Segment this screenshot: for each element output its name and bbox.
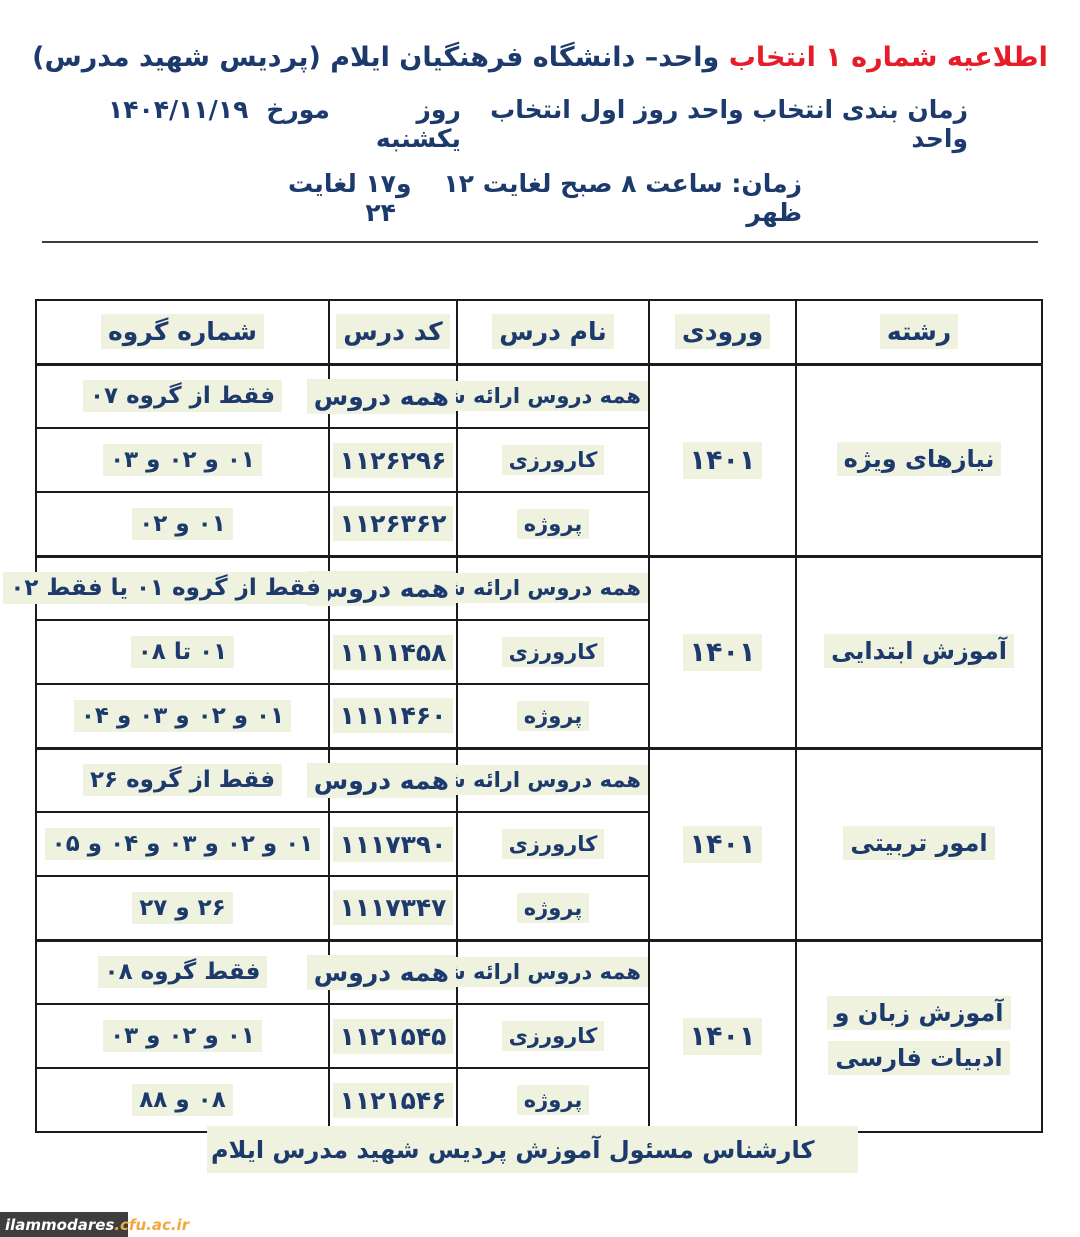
entry-year-cell: ۱۴۰۱ — [649, 556, 796, 748]
course-code-cell: ۱۱۲۱۵۴۵ — [329, 1004, 457, 1068]
group-number-cell: ۰۸ و ۸۸ — [36, 1068, 329, 1132]
course-name-cell: کارورزی — [457, 812, 649, 876]
time-range-evening: ۱۷ لغایت ۲۴ — [260, 169, 396, 227]
signature-band: کارشناس مسئول آموزش پردیس شهید مدرس ایلا… — [207, 1126, 858, 1173]
date-label: مورخ — [266, 95, 330, 124]
table-header: رشتهورودینام درسکد درسشماره گروه — [36, 300, 1042, 364]
course-name-cell: کارورزی — [457, 620, 649, 684]
group-number-cell: ۰۱ و ۰۲ و ۰۳ — [36, 428, 329, 492]
group-number-cell: ۲۶ و ۲۷ — [36, 876, 329, 940]
header-divider — [42, 241, 1038, 243]
column-header-name: نام درس — [457, 300, 649, 364]
course-code-cell: ۱۱۱۷۳۴۷ — [329, 876, 457, 940]
major-cell: آموزش زبان و ادبیات فارسی — [796, 940, 1042, 1132]
title-red-part: اطلاعیه شماره ۱ انتخاب — [729, 42, 1048, 73]
course-code-cell: ۱۱۲۶۲۹۶ — [329, 428, 457, 492]
course-name-cell: کارورزی — [457, 428, 649, 492]
group-number-cell: ۰۱ و ۰۲ و ۰۳ — [36, 1004, 329, 1068]
page-title: اطلاعیه شماره ۱ انتخاب واحد– دانشگاه فره… — [0, 42, 1080, 73]
course-code-cell: همه دروس — [329, 748, 457, 812]
group-number-cell: فقط از گروه ۰۷ — [36, 364, 329, 428]
date-value: ۱۴۰۴/۱۱/۱۹ — [108, 95, 248, 124]
watermark-badge: ilammodares.cfu.ac.ir — [0, 1212, 128, 1237]
table-body: نیازهای ویژه۱۴۰۱همه دروس ارائه شدههمه در… — [36, 364, 1042, 1132]
schedule-day: روز یکشنبه — [348, 95, 461, 153]
entry-year-cell: ۱۴۰۱ — [649, 940, 796, 1132]
column-header-major: رشته — [796, 300, 1042, 364]
course-name-cell: همه دروس ارائه شده — [457, 940, 649, 1004]
watermark-site: ilammodares — [5, 1216, 114, 1234]
group-number-cell: ۰۱ و ۰۲ — [36, 492, 329, 556]
table-row: امور تربیتی۱۴۰۱همه دروس ارائه شدههمه درو… — [36, 748, 1042, 812]
table-row: نیازهای ویژه۱۴۰۱همه دروس ارائه شدههمه در… — [36, 364, 1042, 428]
course-code-cell: ۱۱۱۷۳۹۰ — [329, 812, 457, 876]
course-name-cell: کارورزی — [457, 1004, 649, 1068]
table-row: آموزش ابتدایی۱۴۰۱همه دروس ارائه شدههمه د… — [36, 556, 1042, 620]
course-code-cell: ۱۱۲۶۳۶۲ — [329, 492, 457, 556]
group-number-cell: ۰۱ و ۰۲ و ۰۳ و ۰۴ — [36, 684, 329, 748]
time-line: زمان: ساعت ۸ صبح لغایت ۱۲ ظهر و ۱۷ لغایت… — [260, 169, 802, 227]
signature-text: کارشناس مسئول آموزش پردیس شهید مدرس ایلا… — [211, 1136, 814, 1164]
table-header-row: رشتهورودینام درسکد درسشماره گروه — [36, 300, 1042, 364]
major-cell: نیازهای ویژه — [796, 364, 1042, 556]
course-name-cell: پروژه — [457, 876, 649, 940]
course-code-cell: ۱۱۲۱۵۴۶ — [329, 1068, 457, 1132]
course-name-cell: همه دروس ارائه شده — [457, 364, 649, 428]
course-code-cell: همه دروس — [329, 940, 457, 1004]
course-name-cell: همه دروس ارائه شده — [457, 748, 649, 812]
course-code-cell: ۱۱۱۱۴۵۸ — [329, 620, 457, 684]
column-header-entry: ورودی — [649, 300, 796, 364]
group-number-cell: ۰۱ تا ۰۸ — [36, 620, 329, 684]
group-number-cell: فقط از گروه ۲۶ — [36, 748, 329, 812]
group-number-cell: ۰۱ و ۰۲ و ۰۳ و ۰۴ و ۰۵ — [36, 812, 329, 876]
course-selection-table: رشتهورودینام درسکد درسشماره گروه نیازهای… — [35, 299, 1043, 1133]
group-number-cell: فقط گروه ۰۸ — [36, 940, 329, 1004]
table-row: آموزش زبان و ادبیات فارسی۱۴۰۱همه دروس ار… — [36, 940, 1042, 1004]
announcement-document: { "header": { "title_red": "اطلاعیه شمار… — [0, 0, 1080, 1237]
watermark-domain: .cfu.ac.ir — [114, 1216, 189, 1234]
course-name-cell: همه دروس ارائه شده — [457, 556, 649, 620]
course-name-cell: پروژه — [457, 492, 649, 556]
course-code-cell: ۱۱۱۱۴۶۰ — [329, 684, 457, 748]
course-code-cell: همه دروس — [329, 364, 457, 428]
time-range-morning: زمان: ساعت ۸ صبح لغایت ۱۲ ظهر — [412, 169, 803, 227]
column-header-code: کد درس — [329, 300, 457, 364]
schedule-date-group: روز یکشنبه مورخ ۱۴۰۴/۱۱/۱۹ — [108, 95, 461, 153]
major-cell: امور تربیتی — [796, 748, 1042, 940]
time-conjunction: و — [396, 169, 412, 198]
column-header-group: شماره گروه — [36, 300, 329, 364]
course-name-cell: پروژه — [457, 1068, 649, 1132]
group-number-cell: فقط از گروه ۰۱ یا فقط ۰۲ — [36, 556, 329, 620]
course-code-cell: همه دروس — [329, 556, 457, 620]
schedule-line: زمان بندی انتخاب واحد روز اول انتخاب واح… — [108, 95, 968, 153]
major-cell: آموزش ابتدایی — [796, 556, 1042, 748]
entry-year-cell: ۱۴۰۱ — [649, 748, 796, 940]
entry-year-cell: ۱۴۰۱ — [649, 364, 796, 556]
course-name-cell: پروژه — [457, 684, 649, 748]
schedule-label: زمان بندی انتخاب واحد روز اول انتخاب واح… — [461, 95, 968, 153]
title-navy-part: واحد– دانشگاه فرهنگیان ایلام (پردیس شهید… — [32, 42, 719, 73]
